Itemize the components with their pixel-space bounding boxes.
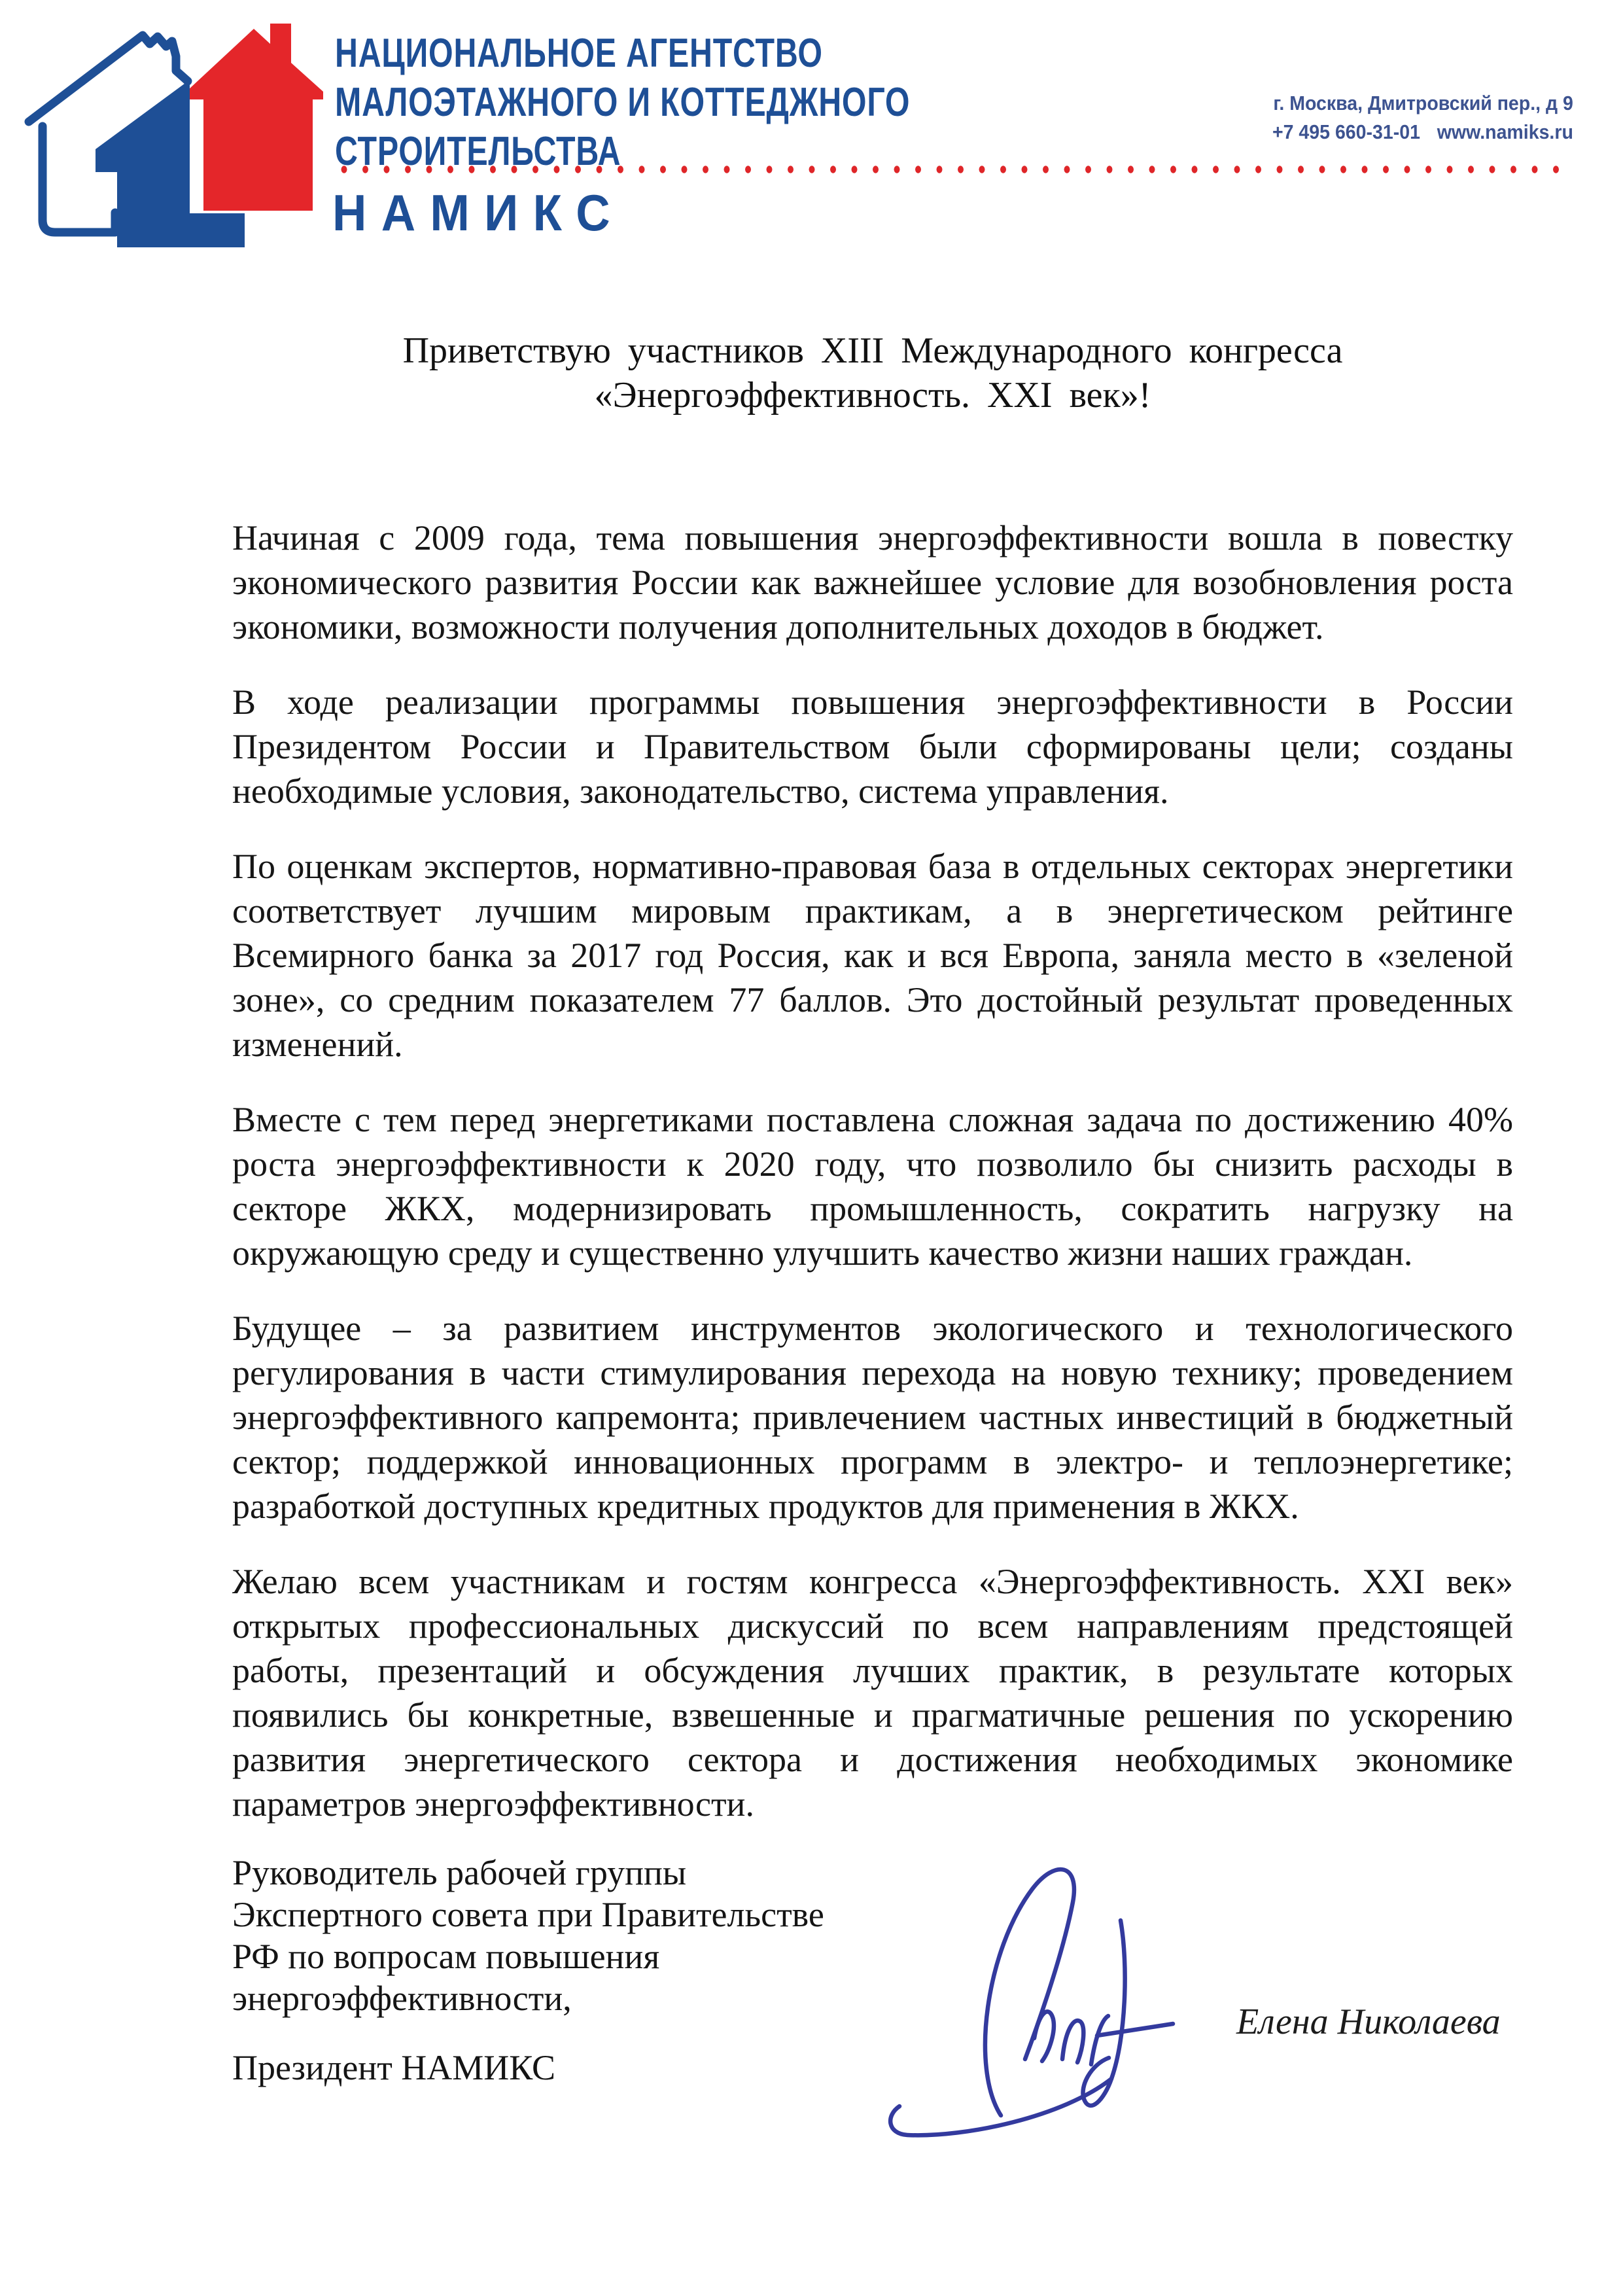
letter-paragraph: Будущее – за развитием инструментов экол… [232,1306,1513,1528]
letter-paragraph: Вместе с тем перед энергетиками поставле… [232,1097,1513,1275]
contact-line: +7 495 660-31-01www.namiks.ru [1272,118,1573,147]
phone: +7 495 660-31-01 [1272,120,1420,143]
red-dotted-separator [334,161,1573,178]
letter-body: Начиная с 2009 года, тема повышения энер… [232,516,1513,1857]
brand-acronym: НАМИКС [332,183,625,243]
handwritten-signature-icon [867,1842,1233,2143]
agency-name: НАЦИОНАЛЬНОЕ АГЕНТСТВО МАЛОЭТАЖНОГО И КО… [335,29,910,176]
agency-name-line: НАЦИОНАЛЬНОЕ АГЕНТСТВО [335,29,910,78]
letter-paragraph: По оценкам экспертов, нормативно-правова… [232,844,1513,1067]
contact-block: г. Москва, Дмитровский пер., д 9 +7 495 … [1272,89,1573,147]
signer-name: Елена Николаева [1236,2001,1501,2043]
title-line: Приветствую участников XIII Международно… [403,330,1343,371]
title-line: «Энергоэффективность. XXI век»! [595,375,1151,415]
address: г. Москва, Дмитровский пер., д 9 [1272,89,1573,118]
letter-paragraph: Начиная с 2009 года, тема повышения энер… [232,516,1513,649]
letter-page: НАЦИОНАЛЬНОЕ АГЕНТСТВО МАЛОЭТАЖНОГО И КО… [0,0,1623,2296]
agency-name-line: МАЛОЭТАЖНОГО И КОТТЕДЖНОГО [335,78,910,127]
red-house-icon [179,24,323,211]
letter-paragraph: Желаю всем участникам и гостям конгресса… [232,1559,1513,1826]
namiks-logo [18,9,338,253]
letter-paragraph: В ходе реализации программы повышения эн… [232,680,1513,813]
letter-title: Приветствую участников XIII Международно… [232,328,1513,417]
website: www.namiks.ru [1437,120,1573,143]
